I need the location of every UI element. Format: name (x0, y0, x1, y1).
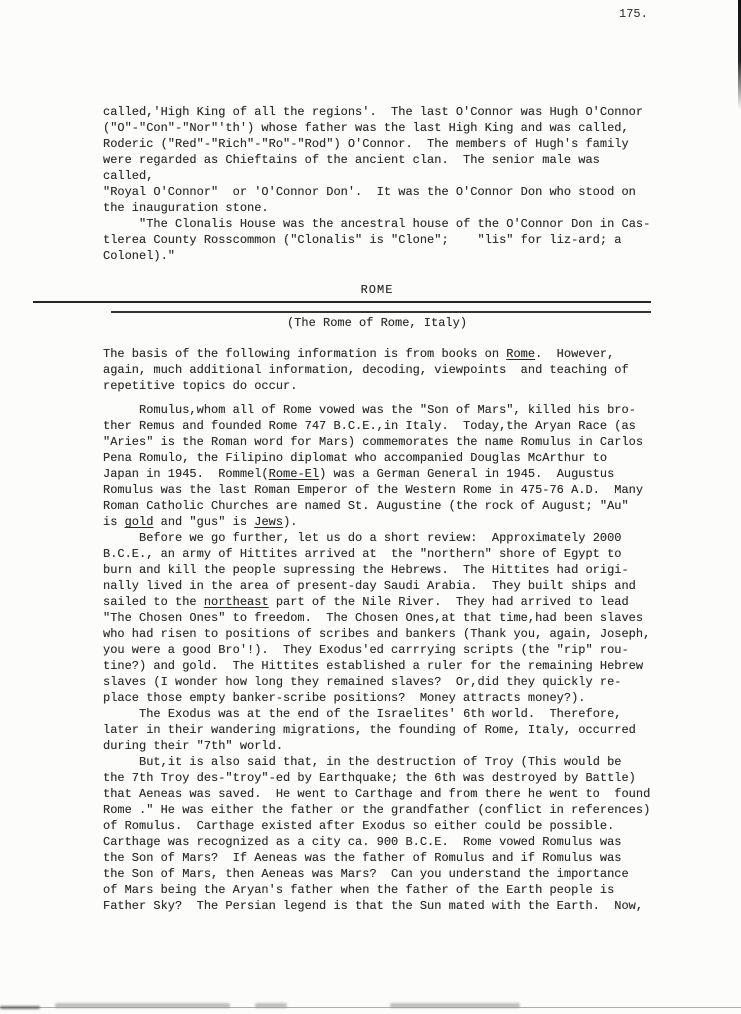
scan-smudge (390, 1003, 520, 1008)
scanned-document-page: 175. called,'High King of all the region… (0, 0, 741, 1014)
horizontal-rule-top (33, 301, 651, 303)
paragraph-troy-aeneas: But,it is also said that, in the destruc… (103, 754, 651, 914)
scan-smudge (255, 1003, 287, 1008)
paragraph-clonalis-house: "The Clonalis House was the ancestral ho… (103, 216, 651, 264)
paragraph-hittites-review: Before we go further, let us do a short … (103, 530, 651, 706)
paragraph-exodus-worlds: The Exodus was at the end of the Israeli… (103, 706, 651, 754)
scan-smudge (0, 1006, 40, 1009)
paragraph-basis: The basis of the following information i… (103, 346, 651, 394)
document-body: called,'High King of all the regions'. T… (103, 104, 651, 914)
page-number: 175. (619, 6, 648, 22)
scan-smudge (55, 1003, 230, 1008)
section-subtitle: (The Rome of Rome, Italy) (103, 315, 651, 331)
horizontal-rule-bottom (111, 311, 651, 313)
scan-artifact-strip (0, 1000, 741, 1012)
section-title: ROME (103, 282, 651, 298)
paragraph-oconnor-clan: called,'High King of all the regions'. T… (103, 104, 651, 216)
paragraph-romulus: Romulus,whom all of Rome vowed was the "… (103, 402, 651, 530)
section-heading: ROME (The Rome of Rome, Italy) (103, 282, 651, 331)
